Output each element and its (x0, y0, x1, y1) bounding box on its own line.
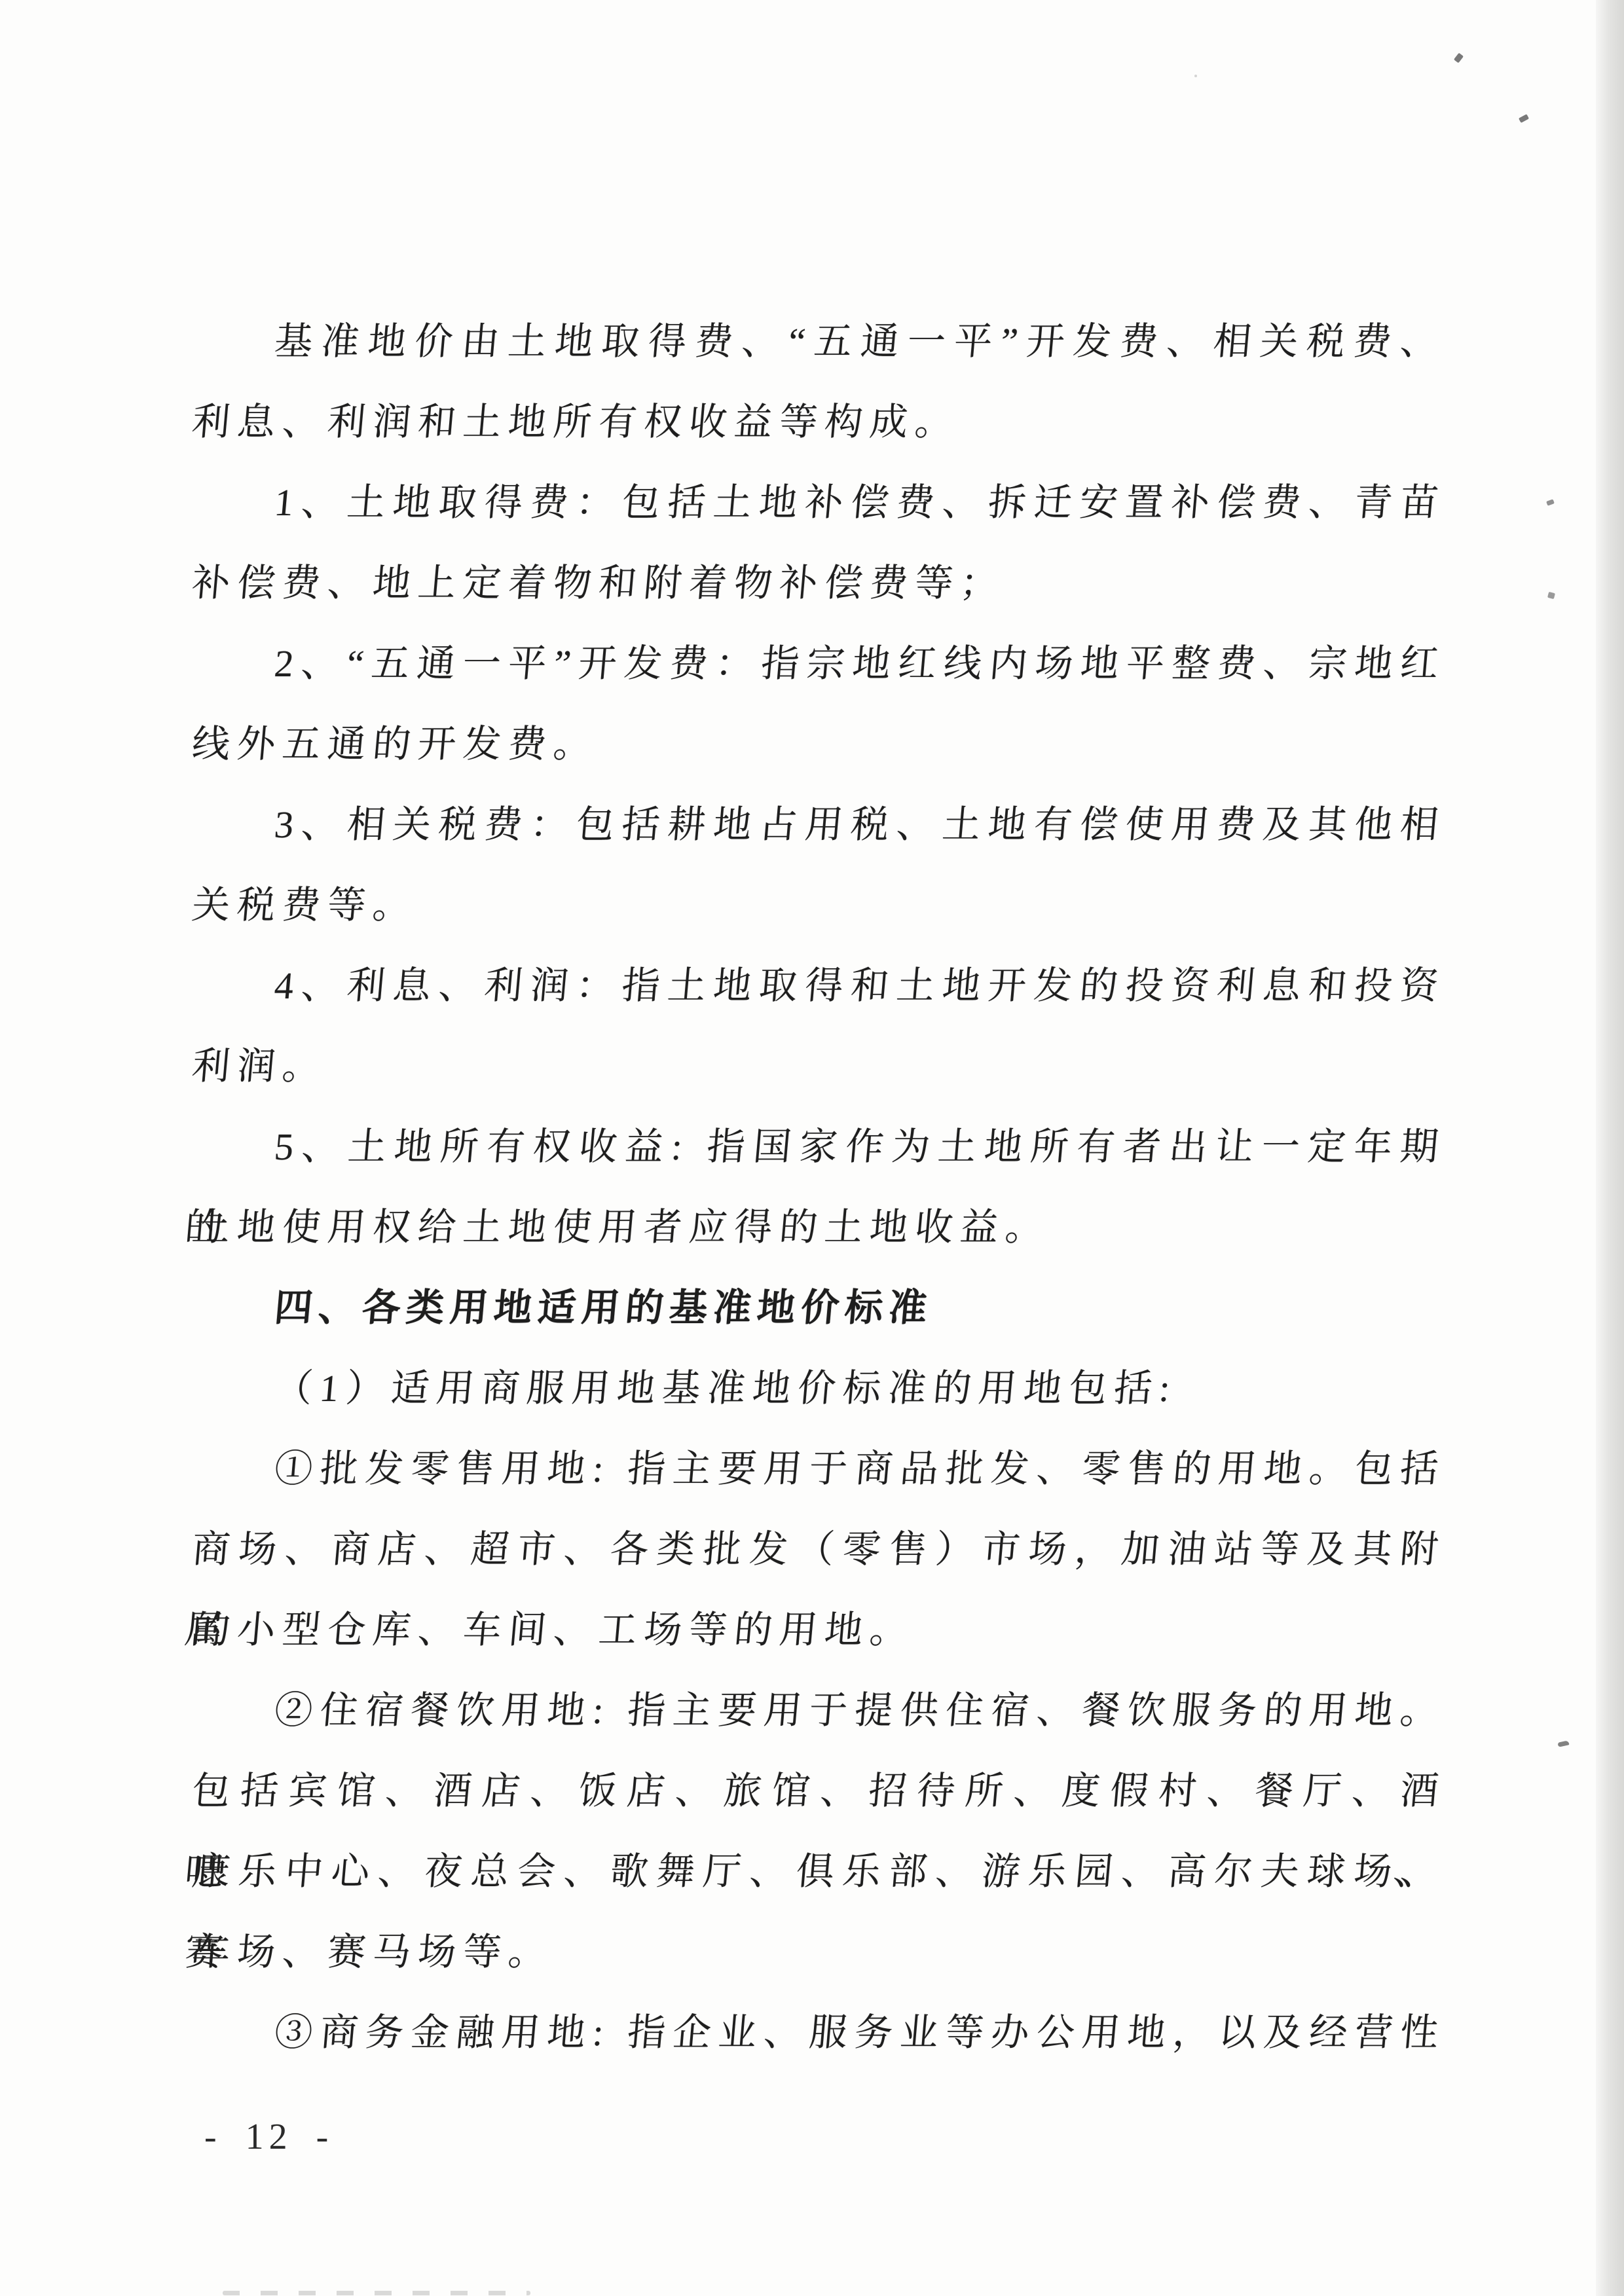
text-line: 2、“五通一平”开发费：指宗地红线内场地平整费、宗地红 (189, 623, 1449, 704)
scan-speck (1454, 53, 1464, 64)
text-line: （1）适用商服用地基准地价标准的用地包括: (189, 1348, 1449, 1429)
text-line: 利息、利润和土地所有权收益等构成。 (189, 382, 1449, 462)
document-body: 基准地价由土地取得费、“五通一平”开发费、相关税费、 利息、利润和土地所有权收益… (189, 301, 1442, 2073)
text-line: 包括宾馆、酒店、饭店、旅馆、招待所、度假村、餐厅、酒吧、 (189, 1751, 1449, 1831)
text-line: 的小型仓库、车间、工场等的用地。 (189, 1590, 1449, 1670)
scan-speck (1547, 592, 1555, 599)
text-line: 基准地价由土地取得费、“五通一平”开发费、相关税费、 (189, 301, 1449, 382)
text-line: 土地使用权给土地使用者应得的土地收益。 (189, 1187, 1449, 1267)
text-line: 4、利息、利润：指土地取得和土地开发的投资利息和投资 (189, 945, 1449, 1026)
text-line: 线外五通的开发费。 (189, 704, 1449, 784)
text-line: 利润。 (189, 1026, 1449, 1106)
page-number: - 12 - (204, 2116, 333, 2158)
text-line: 关税费等。 (189, 865, 1449, 945)
text-line: ②住宿餐饮用地: 指主要用于提供住宿、餐饮服务的用地。 (189, 1670, 1449, 1751)
text-line: ③商务金融用地: 指企业、服务业等办公用地，以及经营性 (189, 1992, 1449, 2073)
scanned-document-page: 基准地价由土地取得费、“五通一平”开发费、相关税费、 利息、利润和土地所有权收益… (0, 0, 1624, 2296)
scan-edge-shadow (1596, 0, 1624, 2296)
scan-bottom-smudge (223, 2291, 530, 2295)
text-line: 车场、赛马场等。 (189, 1912, 1449, 1992)
scan-speck (1194, 75, 1197, 77)
text-line: 商场、商店、超市、各类批发（零售）市场，加油站等及其附属 (189, 1509, 1449, 1590)
text-line: 5、土地所有权收益: 指国家作为土地所有者出让一定年期的 (189, 1106, 1449, 1187)
scan-speck (1557, 1740, 1569, 1747)
scan-speck (1546, 499, 1555, 505)
text-line: ①批发零售用地: 指主要用于商品批发、零售的用地。包括 (189, 1429, 1449, 1509)
section-heading: 四、各类用地适用的基准地价标准 (189, 1267, 1449, 1348)
scan-speck (1519, 114, 1529, 123)
text-line: 康乐中心、夜总会、歌舞厅、俱乐部、游乐园、高尔夫球场、赛 (189, 1831, 1449, 1912)
text-line: 3、相关税费：包括耕地占用税、土地有偿使用费及其他相 (189, 784, 1449, 865)
text-line: 1、土地取得费：包括土地补偿费、拆迁安置补偿费、青苗 (189, 462, 1449, 543)
text-line: 补偿费、地上定着物和附着物补偿费等； (189, 543, 1449, 623)
